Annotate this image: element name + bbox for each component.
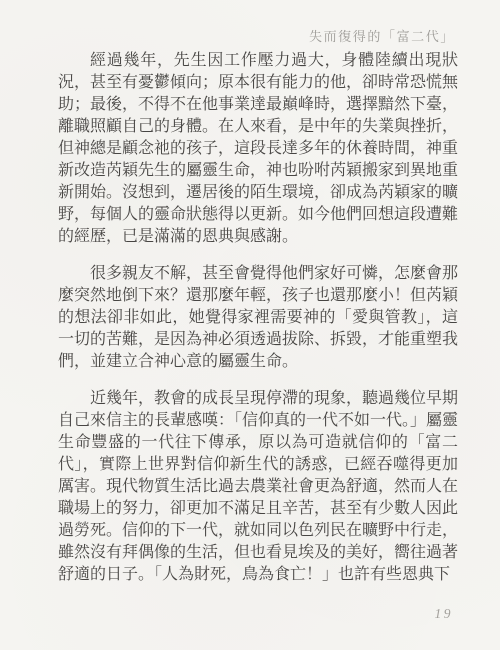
running-header: 失而復得的「富二代」 (309, 26, 455, 45)
page-number: 19 (435, 606, 454, 622)
book-page: 失而復得的「富二代」 經過幾年，先生因工作壓力過大，身體陸續出現狀況，甚至有憂鬱… (0, 0, 500, 650)
paragraph-3: 近幾年，教會的成長呈現停滯的現象，聽過幾位早期自己來信主的長輩感嘆：「信仰真的一… (58, 388, 458, 586)
paragraph-1: 經過幾年，先生因工作壓力過大，身體陸續出現狀況，甚至有憂鬱傾向；原本很有能力的他… (58, 50, 458, 248)
page-body: 經過幾年，先生因工作壓力過大，身體陸續出現狀況，甚至有憂鬱傾向；原本很有能力的他… (58, 50, 458, 601)
paragraph-2: 很多親友不解，甚至會覺得他們家好可憐，怎麼會那麼突然地倒下來？還那麼年輕，孩子也… (58, 263, 458, 373)
